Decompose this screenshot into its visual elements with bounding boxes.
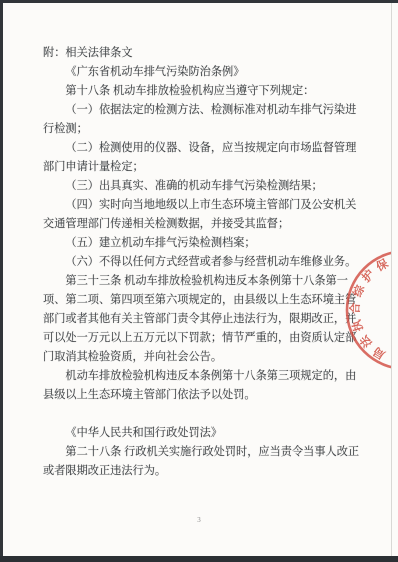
seal-character: 合 bbox=[348, 302, 362, 314]
red-official-seal: 保 护 综 合 执 法 局 bbox=[330, 240, 392, 385]
article-33-second-paragraph: 机动车排放检验机构违反本条例第十八条第三项规定的，由 县级以上生态环境主管部门依… bbox=[43, 367, 375, 405]
scan-edge-top bbox=[0, 0, 398, 3]
article-18-item-3: （三）出具真实、准确的机动车排气污染检测结果； bbox=[43, 177, 375, 196]
attachment-heading: 附：相关法律条文 bbox=[43, 44, 375, 63]
article-33-paragraph: 第三十三条 机动车排放检验机构违反本条例第十八条第一 项、第二项、第四项至第六项… bbox=[43, 272, 375, 367]
article-18-item-2: （二）检测使用的仪器、设备，应当按规定向市场监督管理 部门申请计量检定； bbox=[43, 139, 375, 177]
law-title-administrative-penalty: 《中华人民共和国行政处罚法》 bbox=[43, 424, 375, 443]
regulation-title: 《广东省机动车排气污染防治条例》 bbox=[43, 63, 375, 82]
article-18-item-4: （四）实时向当地地级以上市生态环境主管部门及公安机关 交通管理部门传递相关检测数… bbox=[43, 196, 375, 234]
article-28-paragraph: 第二十八条 行政机关实施行政处罚时，应当责令当事人改正 或者限期改正违法行为。 bbox=[43, 443, 375, 481]
page-number: 3 bbox=[0, 516, 398, 524]
scan-edge-bottom bbox=[0, 556, 398, 562]
article-18-item-5: （五）建立机动车排气污染检测档案； bbox=[43, 234, 375, 253]
article-18-item-6: （六）不得以任何方式经营或者参与经营机动车维修业务。 bbox=[43, 253, 375, 272]
article-18-item-1: （一）依据法定的检测方法、检测标准对机动车排气污染进 行检测； bbox=[43, 101, 375, 139]
scan-edge-left bbox=[0, 0, 3, 562]
law-text-block: 附：相关法律条文 《广东省机动车排气污染防治条例》 第十八条 机动车排放检验机构… bbox=[43, 44, 375, 481]
article-18-intro: 第十八条 机动车排放检验机构应当遵守下列规定： bbox=[43, 82, 375, 101]
paper-edge-shadow bbox=[391, 3, 392, 556]
scanned-document-page: 附：相关法律条文 《广东省机动车排气污染防治条例》 第十八条 机动车排放检验机构… bbox=[0, 0, 398, 562]
